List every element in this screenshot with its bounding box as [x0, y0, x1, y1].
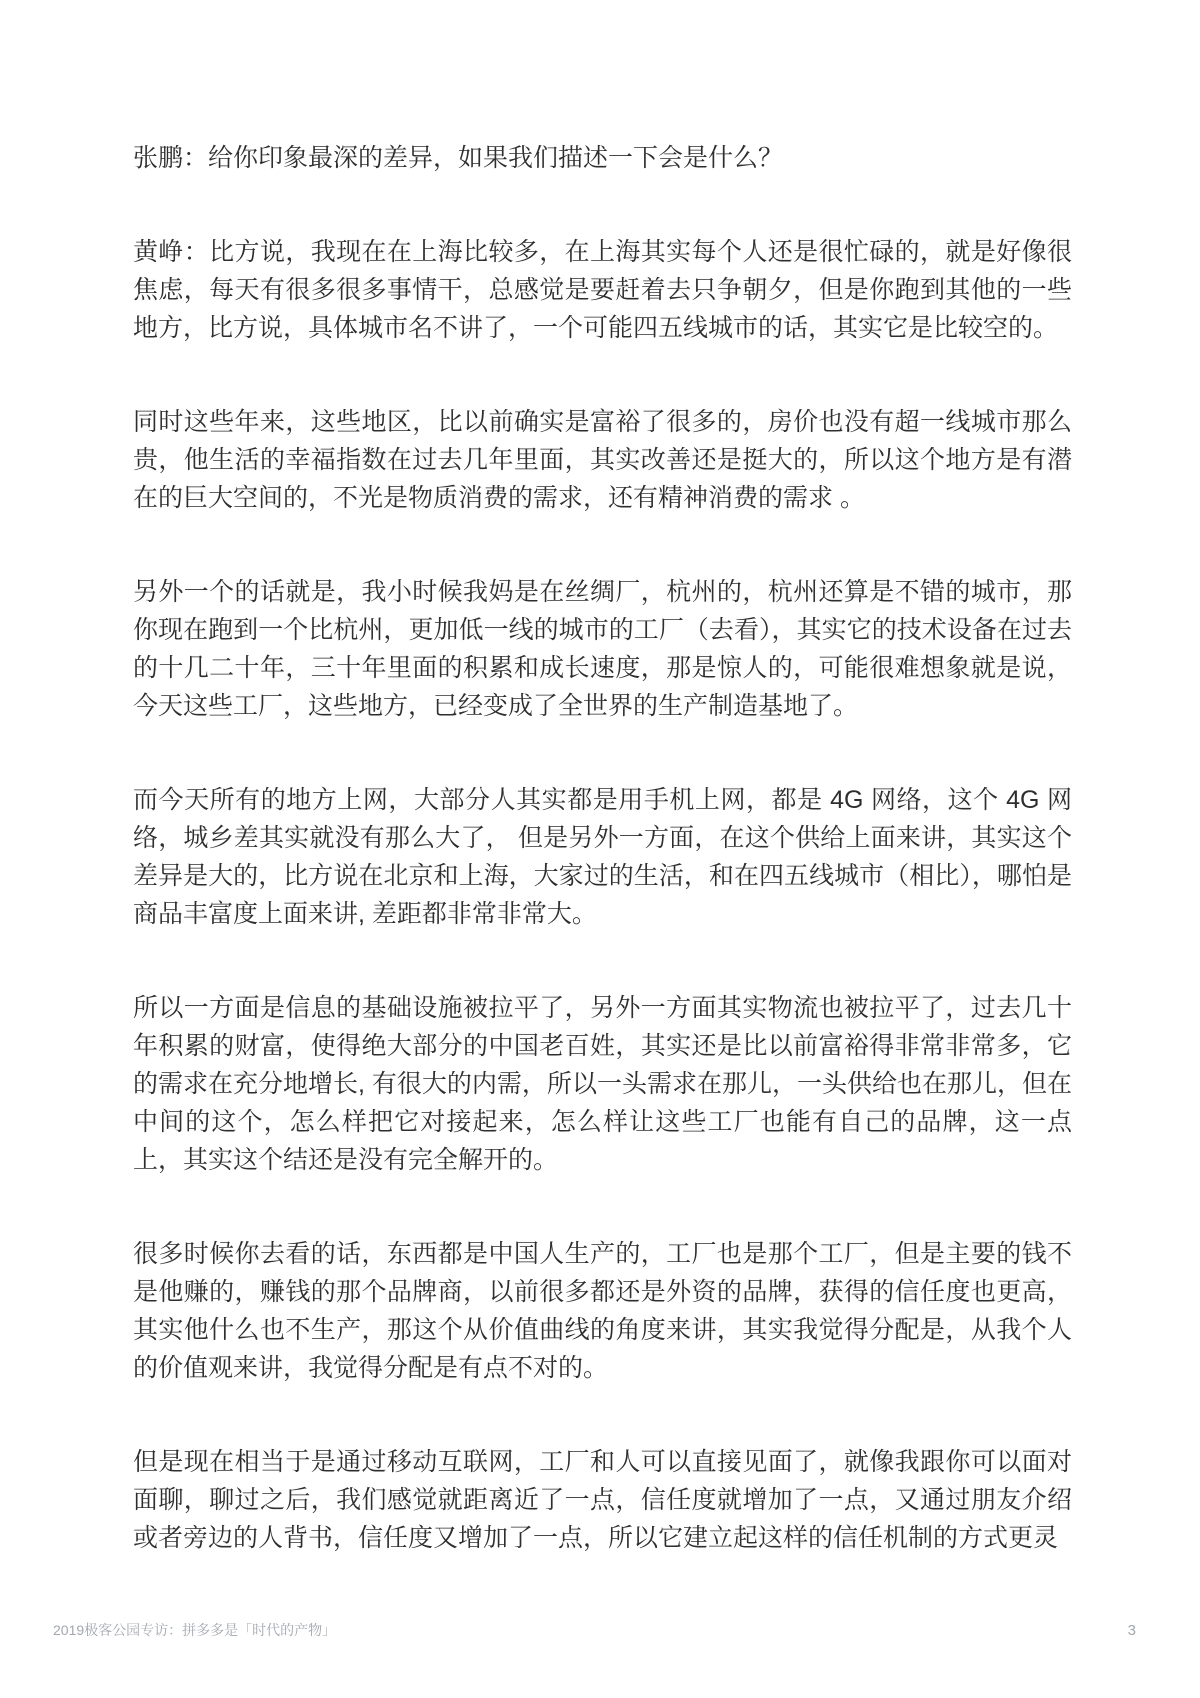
- paragraph-answer-2: 同时这些年来，这些地区，比以前确实是富裕了很多的，房价也没有超一线城市那么贵，他…: [133, 403, 1072, 517]
- paragraph-answer-7: 但是现在相当于是通过移动互联网，工厂和人可以直接见面了，就像我跟你可以面对面聊，…: [133, 1443, 1072, 1557]
- document-page: 张鹏：给你印象最深的差异，如果我们描述一下会是什么？ 黄峥：比方说，我现在在上海…: [0, 0, 1200, 1698]
- paragraph-answer-4: 而今天所有的地方上网，大部分人其实都是用手机上网，都是 4G 网络，这个 4G …: [133, 781, 1072, 933]
- paragraph-answer-5: 所以一方面是信息的基础设施被拉平了，另外一方面其实物流也被拉平了，过去几十年积累…: [133, 989, 1072, 1179]
- paragraph-answer-1: 黄峥：比方说，我现在在上海比较多，在上海其实每个人还是很忙碌的，就是好像很焦虑，…: [133, 233, 1072, 347]
- paragraph-answer-3: 另外一个的话就是，我小时候我妈是在丝绸厂，杭州的，杭州还算是不错的城市，那你现在…: [133, 573, 1072, 725]
- footer-page-number: 3: [1128, 1621, 1136, 1641]
- paragraph-interviewer-question: 张鹏：给你印象最深的差异，如果我们描述一下会是什么？: [133, 139, 1072, 177]
- paragraph-answer-6: 很多时候你去看的话，东西都是中国人生产的，工厂也是那个工厂，但是主要的钱不是他赚…: [133, 1235, 1072, 1387]
- document-body: 张鹏：给你印象最深的差异，如果我们描述一下会是什么？ 黄峥：比方说，我现在在上海…: [133, 0, 1072, 1613]
- footer-document-title: 2019极客公园专访：拼多多是「时代的产物」: [53, 1620, 336, 1640]
- page-footer: 2019极客公园专访：拼多多是「时代的产物」 3: [53, 1620, 1136, 1641]
